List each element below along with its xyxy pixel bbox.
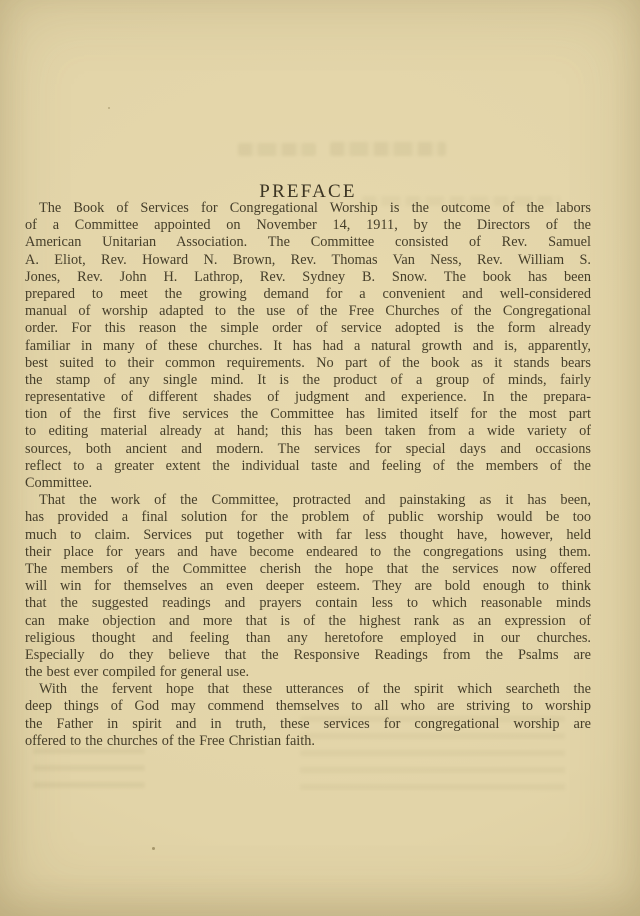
- text-line: best suited to their common requirements…: [25, 355, 591, 372]
- text-line: sources, both ancient and modern. The se…: [25, 441, 591, 458]
- text-line: representative of different shades of ju…: [25, 389, 591, 406]
- text-line: With the fervent hope that these utteran…: [25, 681, 591, 698]
- text-line: much to claim. Services put together wit…: [25, 527, 591, 544]
- text-line: the Father in spirit and in truth, these…: [25, 716, 591, 733]
- text-line: the stamp of any single mind. It is the …: [25, 372, 591, 389]
- text-line: offered to the churches of the Free Chri…: [25, 733, 591, 750]
- bleed-through-ghost: [330, 142, 446, 156]
- text-line: manual of worship adapted to the use of …: [25, 303, 591, 320]
- text-line: has provided a final solution for the pr…: [25, 509, 591, 526]
- text-line: of a Committee appointed on November 14,…: [25, 217, 591, 234]
- paper-speck: [108, 107, 110, 109]
- text-line: order. For this reason the simple order …: [25, 320, 591, 337]
- text-line: The Book of Services for Congregational …: [25, 200, 591, 217]
- text-line: deep things of God may commend themselve…: [25, 698, 591, 715]
- text-line: That the work of the Committee, protract…: [25, 492, 591, 509]
- text-line: American Unitarian Association. The Comm…: [25, 234, 591, 251]
- text-line: Especially do they believe that the Resp…: [25, 647, 591, 664]
- text-line: tion of the first five services the Comm…: [25, 406, 591, 423]
- text-line: Jones, Rev. John H. Lathrop, Rev. Sydney…: [25, 269, 591, 286]
- text-line: their place for years and have become en…: [25, 544, 591, 561]
- text-line: familiar in many of these churches. It h…: [25, 338, 591, 355]
- text-line: Committee.: [25, 475, 591, 492]
- text-line: that the suggested readings and prayers …: [25, 595, 591, 612]
- bleed-through-ghost: [33, 748, 145, 798]
- text-line: religious thought and feeling than any h…: [25, 630, 591, 647]
- text-line: reflect to a greater extent the individu…: [25, 458, 591, 475]
- preface-text: The Book of Services for Congregational …: [25, 200, 591, 750]
- paragraph: The Book of Services for Congregational …: [25, 200, 591, 492]
- text-line: will win for themselves an even deeper e…: [25, 578, 591, 595]
- text-line: The members of the Committee cherish the…: [25, 561, 591, 578]
- bleed-through-ghost: [238, 143, 316, 156]
- book-page: PREFACE The Book of Services for Congreg…: [0, 0, 640, 916]
- text-line: to editing material already at hand; thi…: [25, 423, 591, 440]
- paragraph: With the fervent hope that these utteran…: [25, 681, 591, 750]
- text-line: prepared to meet the growing demand for …: [25, 286, 591, 303]
- text-line: A. Eliot, Rev. Howard N. Brown, Rev. Tho…: [25, 252, 591, 269]
- text-line: the best ever compiled for general use.: [25, 664, 591, 681]
- paper-speck: [152, 847, 155, 850]
- text-line: can make objection and more that is of t…: [25, 613, 591, 630]
- paragraph: That the work of the Committee, protract…: [25, 492, 591, 681]
